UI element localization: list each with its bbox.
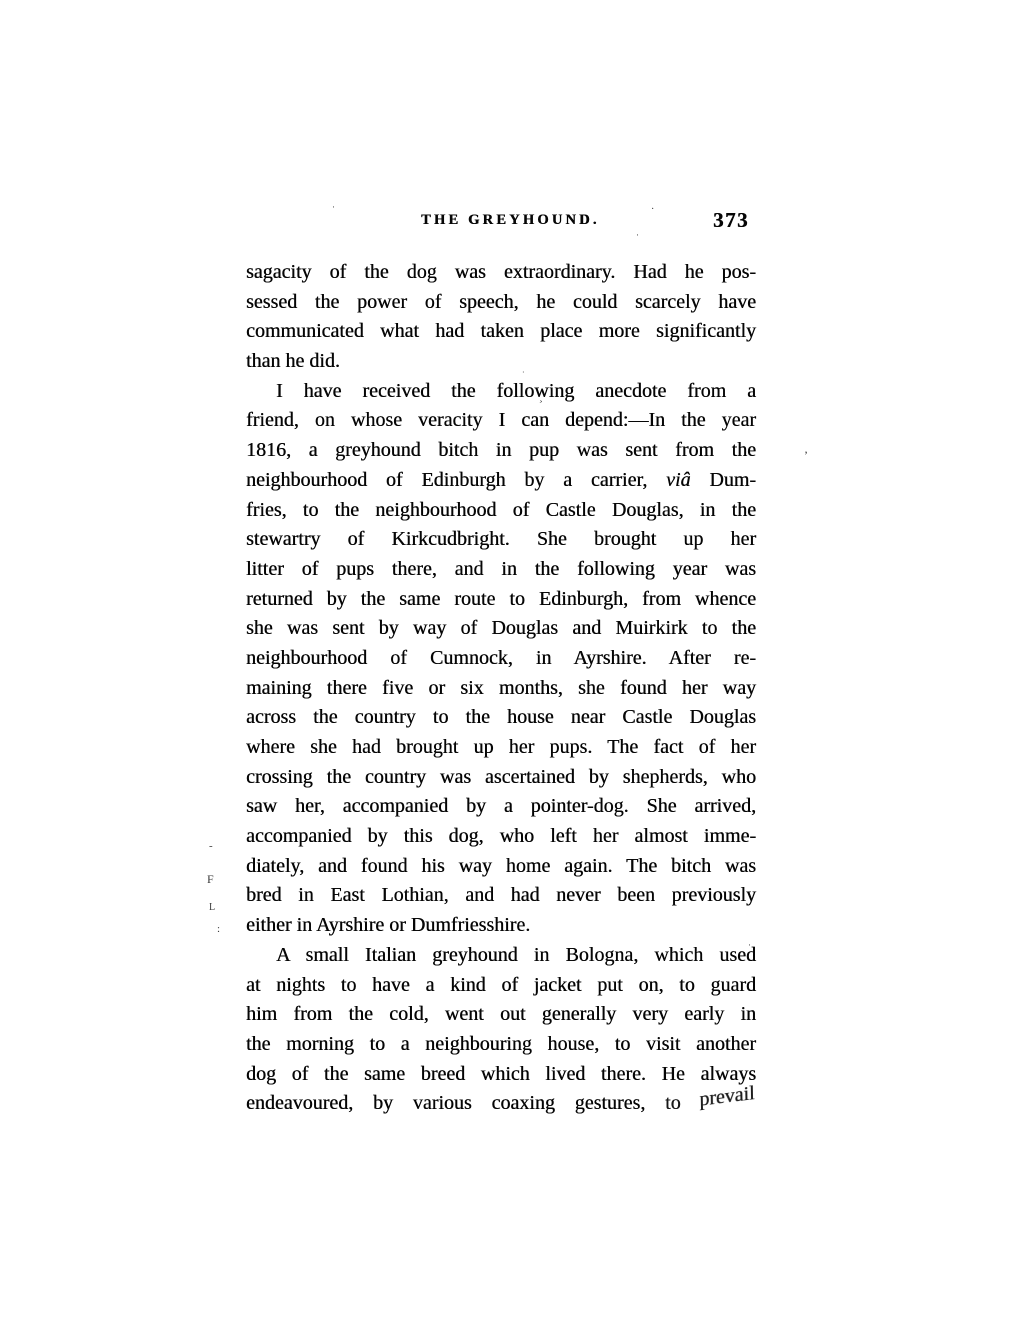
text-line: sessed the power of speech, he could sca… (246, 288, 756, 318)
text-line: diately, and found his way home again. T… (246, 852, 756, 882)
text-line: accompanied by this dog, who left her al… (246, 822, 756, 852)
text-line: neighbourhood of Cumnock, in Ayrshire. A… (246, 644, 756, 674)
text-line: she was sent by way of Douglas and Muirk… (246, 614, 756, 644)
text-line: fries, to the neighbourhood of Castle Do… (246, 496, 756, 526)
running-header: THE GREYHOUND. 373 (0, 0, 1033, 250)
scan-speck: · (651, 205, 654, 215)
paragraph: I have received the following anecdote f… (246, 377, 756, 941)
text-line: 1816, a greyhound bitch in pup was sent … (246, 436, 756, 466)
scan-speck: ’ (804, 449, 808, 461)
text-line: stewartry of Kirkcudbright. She brought … (246, 525, 756, 555)
page-number: 373 (713, 208, 749, 233)
text-line: at nights to have a kind of jacket put o… (246, 971, 756, 1001)
scan-speck: ¸ (539, 392, 543, 403)
text-line: endeavoured, by various coaxing gestures… (246, 1089, 756, 1119)
text-segment: to (665, 1092, 700, 1114)
text-line: saw her, accompanied by a pointer-dog. S… (246, 792, 756, 822)
text-line: I have received the following anecdote f… (246, 377, 756, 407)
text-segment: prevail (700, 1079, 756, 1116)
text-line: where she had brought up her pups. The f… (246, 733, 756, 763)
text-line: communicated what had taken place more s… (246, 317, 756, 347)
paragraph: A small Italian greyhound in Bologna, wh… (246, 941, 756, 1119)
italic-word: viâ (666, 469, 690, 491)
text-line: maining there five or six months, she fo… (246, 674, 756, 704)
scan-speck: F (207, 873, 214, 885)
text-line: litter of pups there, and in the followi… (246, 555, 756, 585)
book-page-scan: THE GREYHOUND. 373 sagacity of the dog w… (0, 0, 1033, 1339)
text-line: neighbourhood of Edinburgh by a carrier,… (246, 466, 756, 496)
scan-speck: · (522, 369, 525, 377)
text-segment: Dum- (691, 469, 757, 491)
text-segment: endeavoured, by various coaxing gestures… (246, 1092, 665, 1114)
text-line: either in Ayrshire or Dumfriesshire. (246, 911, 756, 941)
text-line: the morning to a neighbouring house, to … (246, 1030, 756, 1060)
scan-speck: · (332, 203, 335, 212)
text-line: across the country to the house near Cas… (246, 703, 756, 733)
text-line: friend, on whose veracity I can depend:—… (246, 406, 756, 436)
text-line: crossing the country was ascertained by … (246, 763, 756, 793)
text-segment: neighbourhood of Edinburgh by a carrier, (246, 469, 666, 491)
scan-speck: - (209, 841, 213, 852)
scan-speck: : (217, 924, 220, 935)
scan-speck: · (636, 231, 639, 240)
text-block: sagacity of the dog was extraordinary. H… (246, 258, 756, 1119)
scan-speck: · (748, 941, 751, 950)
text-line: returned by the same route to Edinburgh,… (246, 585, 756, 615)
paragraph: sagacity of the dog was extraordinary. H… (246, 258, 756, 377)
text-line: him from the cold, went out generally ve… (246, 1000, 756, 1030)
text-line: bred in East Lothian, and had never been… (246, 881, 756, 911)
text-line: than he did. (246, 347, 756, 377)
page-title: THE GREYHOUND. (421, 212, 600, 229)
scan-speck: L (209, 903, 215, 913)
text-line: A small Italian greyhound in Bologna, wh… (246, 941, 756, 971)
text-line: dog of the same breed which lived there.… (246, 1060, 756, 1090)
text-line: sagacity of the dog was extraordinary. H… (246, 258, 756, 288)
